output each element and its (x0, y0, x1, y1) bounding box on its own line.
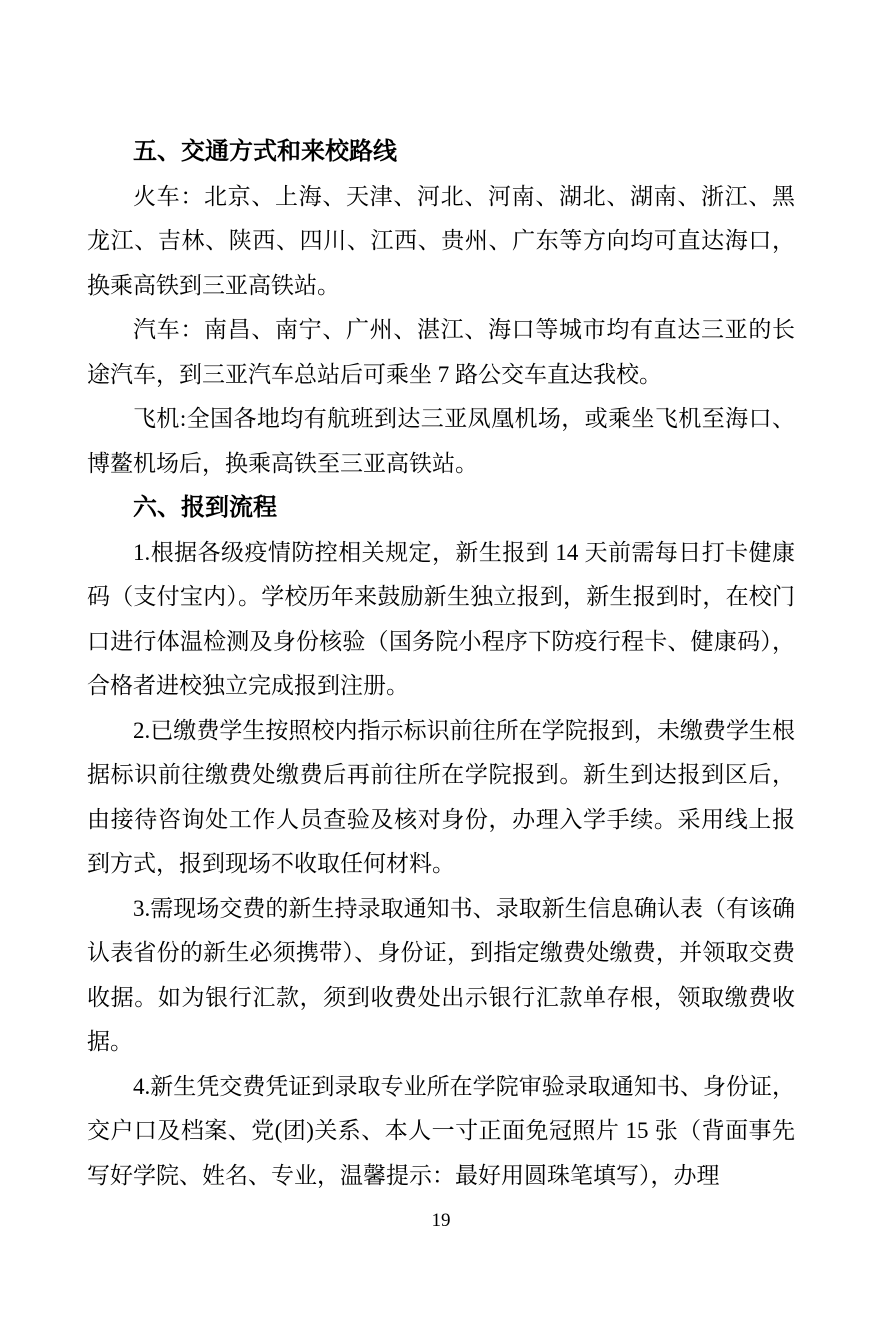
section-heading: 五、交通方式和来校路线 (87, 130, 795, 175)
section-transportation: 五、交通方式和来校路线 火车：北京、上海、天津、河北、河南、湖北、湖南、浙江、黑… (87, 130, 795, 486)
paragraph-checkin-3: 3.需现场交费的新生持录取通知书、录取新生信息确认表（有该确认表省份的新生必须携… (87, 887, 795, 1065)
page-footer: 19 (87, 1206, 795, 1236)
paragraph-checkin-2: 2.已缴费学生按照校内指示标识前往所在学院报到，未缴费学生根据标识前往缴费处缴费… (87, 709, 795, 887)
section-checkin-process: 六、报到流程 1.根据各级疫情防控相关规定，新生报到 14 天前需每日打卡健康码… (87, 486, 795, 1198)
paragraph-checkin-4: 4.新生凭交费凭证到录取专业所在学院审验录取通知书、身份证，交户口及档案、党(团… (87, 1065, 795, 1199)
document-page: 五、交通方式和来校路线 火车：北京、上海、天津、河北、河南、湖北、湖南、浙江、黑… (0, 0, 882, 1323)
section-heading: 六、报到流程 (87, 486, 795, 531)
paragraph-plane: 飞机:全国各地均有航班到达三亚凤凰机场，或乘坐飞机至海口、博鳌机场后，换乘高铁至… (87, 397, 795, 486)
paragraph-checkin-1: 1.根据各级疫情防控相关规定，新生报到 14 天前需每日打卡健康码（支付宝内）。… (87, 531, 795, 709)
paragraph-bus: 汽车：南昌、南宁、广州、湛江、海口等城市均有直达三亚的长途汽车，到三亚汽车总站后… (87, 308, 795, 397)
page-number: 19 (432, 1206, 451, 1236)
paragraph-train: 火车：北京、上海、天津、河北、河南、湖北、湖南、浙江、黑龙江、吉林、陕西、四川、… (87, 175, 795, 309)
